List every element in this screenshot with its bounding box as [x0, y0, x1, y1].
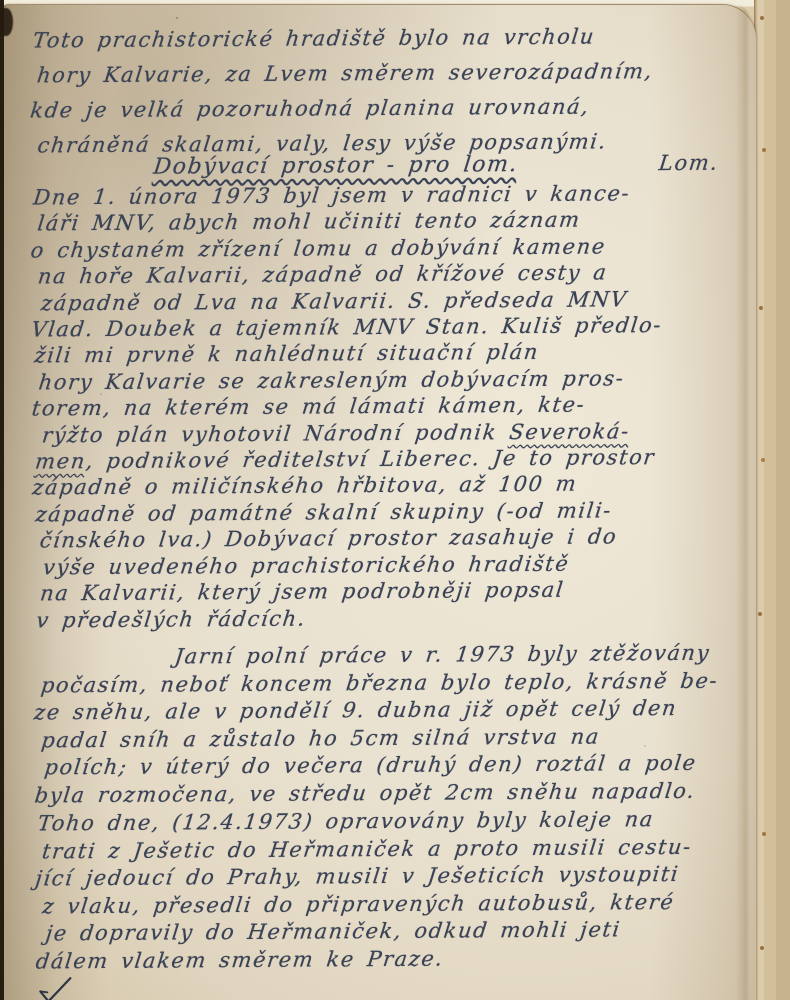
check-mark-icon — [37, 975, 73, 1000]
paragraph-jarni-prace: Jarní polní práce v r. 1973 byly ztěžová… — [35, 639, 756, 809]
text-line: byla rozmočena, ve středu opět 2cm sněhu… — [33, 777, 759, 810]
text-line: Jarní polní práce v r. 1973 byly ztěžová… — [35, 639, 758, 672]
text-segment: , podnikové ředitelství Liberec. Je to p… — [85, 445, 657, 473]
handwriting-layer: Toto prachistorické hradiště bylo na vrc… — [1, 2, 768, 1000]
book-gutter-edge — [0, 0, 4, 1000]
paragraph-hradiste: Toto prachistorické hradiště bylo na vrc… — [31, 18, 752, 163]
text-line: Toho dne, (12.4.1973) opravovány byly ko… — [36, 805, 759, 838]
text-line: v předešlých řádcích. — [35, 602, 758, 633]
text-line: polích; v úterý do večera (druhý den) ro… — [43, 749, 759, 782]
paragraph-lom-zaznam: Dne 1. února 1973 byl jsem v radnici v k… — [32, 179, 755, 633]
text-line: hory Kalvarie, za Lvem směrem severozápa… — [35, 53, 755, 93]
underlined-company-name: men — [34, 449, 87, 473]
paragraph-koleje: Toho dne, (12.4.1973) opravovány byly ko… — [36, 805, 757, 975]
gutter-shadow-spot — [0, 8, 13, 36]
text-line: jící jedoucí do Prahy, musili v Ješeticí… — [34, 860, 760, 893]
section-heading-text: Dobývací prostor - pro lom. — [152, 152, 520, 180]
notebook-page: Toto prachistorické hradiště bylo na vrc… — [4, 5, 756, 1000]
text-segment: rýžto plán vyhotovil Národní podnik — [41, 420, 511, 447]
margin-note: Lom. — [658, 150, 758, 175]
margin-note-text: Lom. — [658, 150, 761, 175]
text-line: Toto prachistorické hradiště bylo na vrc… — [31, 18, 755, 58]
underlined-company-name: Severoká- — [508, 419, 631, 444]
text-line: ze sněhu, ale v pondělí 9. dubna již opě… — [33, 694, 759, 727]
text-line: kde je velká pozoruhodná planina urovnan… — [28, 88, 755, 128]
text-line: dálem vlakem směrem ke Praze. — [34, 943, 760, 976]
photographed-chronicle-page: { "colors": { "paper": "#e9e1cf", "ink":… — [0, 0, 790, 1000]
text-line: je dopravily do Heřmaniček, odkud mohli … — [44, 915, 760, 948]
